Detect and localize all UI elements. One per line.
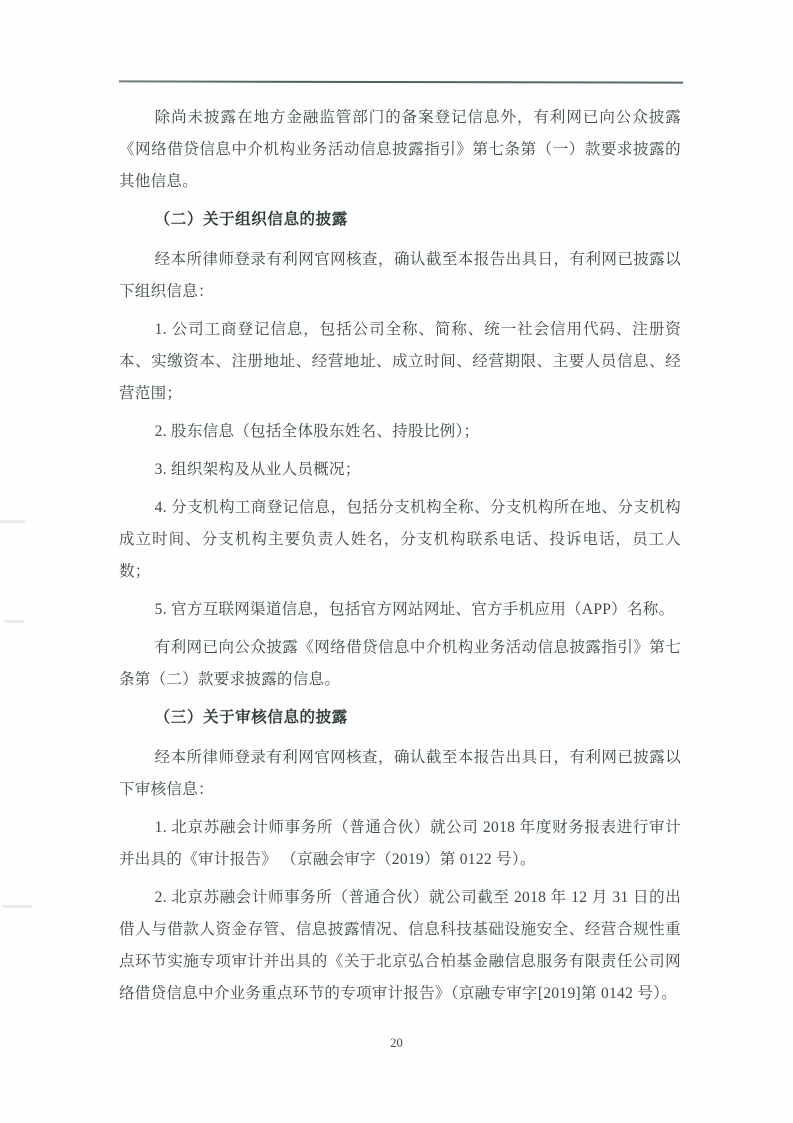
list-item-org-structure: 3. 组织架构及从业人员概况；: [119, 454, 681, 486]
list-item-official-channels: 5. 官方互联网渠道信息，包括官方网站网址、官方手机应用（APP）名称。: [119, 594, 681, 626]
paragraph-org-conclusion: 有利网已向公众披露《网络借贷信息中介机构业务活动信息披露指引》第七条第（二）款要…: [119, 632, 681, 696]
scan-artifact: [2, 905, 32, 908]
document-body: 除尚未披露在地方金融监管部门的备案登记信息外，有利网已向公众披露《网络借贷信息中…: [119, 102, 681, 1016]
document-page: 除尚未披露在地方金融监管部门的备案登记信息外，有利网已向公众披露《网络借贷信息中…: [0, 0, 793, 1123]
scan-artifact: [0, 520, 26, 523]
list-item-special-audit-report: 2. 北京苏融会计师事务所（普通合伙）就公司截至 2018 年 12 月 31 …: [119, 882, 681, 1010]
section-heading-audit: （三）关于审核信息的披露: [119, 702, 681, 734]
list-item-branch-registration: 4. 分支机构工商登记信息，包括分支机构全称、分支机构所在地、分支机构成立时间、…: [119, 492, 681, 588]
paragraph-audit-intro: 经本所律师登录有利网官网核查，确认截至本报告出具日，有利网已披露以下审核信息：: [119, 742, 681, 806]
paragraph-org-intro: 经本所律师登录有利网官网核查，确认截至本报告出具日，有利网已披露以下组织信息：: [119, 244, 681, 308]
header-divider-line: [119, 80, 683, 83]
page-number: 20: [0, 1036, 793, 1051]
section-heading-organization: （二）关于组织信息的披露: [119, 204, 681, 236]
list-item-business-registration: 1. 公司工商登记信息，包括公司全称、简称、统一社会信用代码、注册资本、实缴资本…: [119, 314, 681, 410]
list-item-audit-report: 1. 北京苏融会计师事务所（普通合伙）就公司 2018 年度财务报表进行审计并出…: [119, 812, 681, 876]
list-item-shareholder-info: 2. 股东信息（包括全体股东姓名、持股比例）；: [119, 416, 681, 448]
scan-artifact: [4, 620, 24, 623]
paragraph-other-disclosure: 除尚未披露在地方金融监管部门的备案登记信息外，有利网已向公众披露《网络借贷信息中…: [119, 102, 681, 198]
